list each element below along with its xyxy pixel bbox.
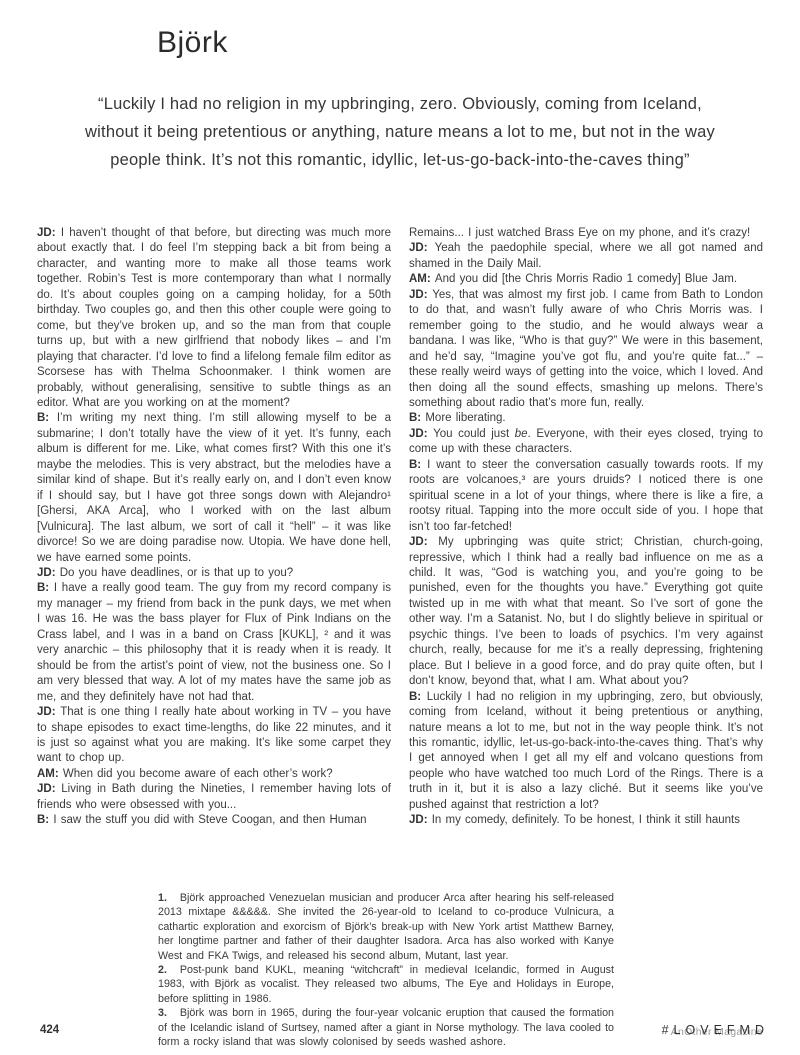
interview-paragraph: JD: Do you have deadlines, or is that up… <box>37 566 391 581</box>
interview-paragraph: Remains... I just watched Brass Eye on m… <box>409 226 763 241</box>
interview-paragraph: JD: Yes, that was almost my first job. I… <box>409 288 763 412</box>
footnote-number: 2. <box>158 964 167 976</box>
interview-paragraph: AM: When did you become aware of each ot… <box>37 767 391 782</box>
interview-paragraph: B: Luckily I had no religion in my upbri… <box>409 690 763 814</box>
speaker-label: B: <box>409 459 427 471</box>
speaker-label: B: <box>37 582 54 594</box>
footnotes-block: 1.Björk approached Venezuelan musician a… <box>158 891 614 1049</box>
interview-paragraph: JD: Living in Bath during the Nineties, … <box>37 782 391 813</box>
speaker-label: B: <box>37 412 57 424</box>
speaker-label: JD: <box>409 536 438 548</box>
page-title: Björk <box>157 26 228 60</box>
interview-paragraph: B: I have a really good team. The guy fr… <box>37 581 391 705</box>
speaker-label: B: <box>409 412 425 424</box>
interview-paragraph: B: I want to steer the conversation casu… <box>409 458 763 535</box>
speaker-label: JD: <box>37 783 61 795</box>
speaker-label: JD: <box>409 428 433 440</box>
speaker-label: B: <box>37 814 53 826</box>
interview-paragraph: JD: That is one thing I really hate abou… <box>37 705 391 767</box>
interview-paragraph: JD: In my comedy, definitely. To be hone… <box>409 813 763 828</box>
interview-paragraph: JD: Yeah the paedophile special, where w… <box>409 241 763 272</box>
right-column: Remains... I just watched Brass Eye on m… <box>409 226 763 829</box>
watermark: #LOVEFMD <box>662 1023 769 1037</box>
speaker-label: B: <box>409 691 427 703</box>
footnote: 3.Björk was born in 1965, during the fou… <box>158 1006 614 1049</box>
speaker-label: JD: <box>409 289 432 301</box>
speaker-label: JD: <box>37 227 61 239</box>
speaker-label: JD: <box>409 814 432 826</box>
page-number: 424 <box>40 1024 59 1036</box>
interview-paragraph: JD: You could just be. Everyone, with th… <box>409 427 763 458</box>
article-body: JD: I haven’t thought of that before, bu… <box>37 226 763 829</box>
speaker-label: AM: <box>409 273 435 285</box>
footnote-number: 3. <box>158 1007 167 1019</box>
interview-paragraph: B: More liberating. <box>409 411 763 426</box>
footnote-number: 1. <box>158 892 167 904</box>
speaker-label: JD: <box>409 242 435 254</box>
interview-paragraph: JD: My upbringing was quite strict; Chri… <box>409 535 763 690</box>
speaker-label: AM: <box>37 768 63 780</box>
interview-paragraph: AM: And you did [the Chris Morris Radio … <box>409 272 763 287</box>
left-column: JD: I haven’t thought of that before, bu… <box>37 226 391 829</box>
pull-quote: “Luckily I had no religion in my upbring… <box>75 90 725 174</box>
footnote: 1.Björk approached Venezuelan musician a… <box>158 891 614 963</box>
interview-paragraph: JD: I haven’t thought of that before, bu… <box>37 226 391 411</box>
speaker-label: JD: <box>37 567 60 579</box>
footnote: 2.Post-punk band KUKL, meaning “witchcra… <box>158 963 614 1006</box>
footer-credit-area: AnOther Magazine #LOVEFMD <box>671 1026 763 1038</box>
speaker-label: JD: <box>37 706 60 718</box>
interview-paragraph: B: I’m writing my next thing. I’m still … <box>37 411 391 566</box>
interview-paragraph: B: I saw the stuff you did with Steve Co… <box>37 813 391 828</box>
magazine-page: Björk “Luckily I had no religion in my u… <box>0 0 800 1055</box>
